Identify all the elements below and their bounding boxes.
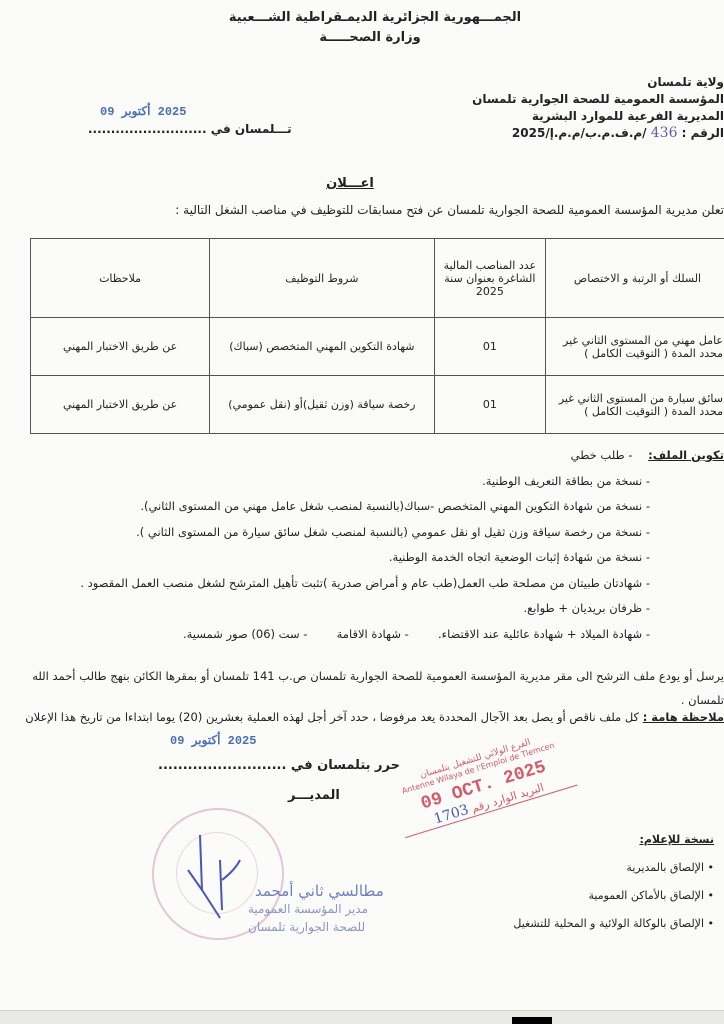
table-header-row: السلك أو الرتبة و الاختصاص عدد المناصب ا… (31, 239, 724, 318)
header-positions: عدد المناصب المالية الشاغرة بعنوان سنة 2… (434, 239, 545, 318)
copies-item: • الإلصاق بالوكالة الولائية و المحلية لل… (474, 910, 714, 938)
announcement-intro: تعلن مديرية المؤسسة العمومية للصحة الجوا… (124, 203, 724, 217)
signatory-name: مطالسي ثاني أمحمد (255, 882, 384, 900)
dossier-item: - نسخة من شهادة التكوين المهني المتخصص -… (84, 494, 724, 520)
made-at-line: حرر بتلمسان في .........................… (158, 758, 400, 773)
dossier-item: - ظرفان بريديان + طوابع. (84, 596, 724, 622)
scan-artifact (512, 1017, 552, 1024)
cell-conditions: شهادة التكوين المهني المتخصص (سباك) (210, 318, 435, 376)
dossier-item: تكوين الملف: - طلب خطي (84, 443, 724, 469)
important-note-text: كل ملف ناقص أو يصل بعد الآجال المحددة يع… (25, 710, 639, 724)
announcement-title: اعـــلان (320, 176, 380, 191)
header-conditions: شروط التوظيف (210, 239, 435, 318)
institution-line: المؤسسة العمومية للصحة الجوارية تلمسان (444, 91, 724, 108)
ref-handwritten-number: 436 (651, 125, 678, 141)
republic-header: الجمـــهورية الجزائرية الديمـقراطية الشـ… (200, 10, 550, 25)
dossier-section: تكوين الملف: - طلب خطي - نسخة من بطاقة ا… (84, 443, 724, 647)
header-notes: ملاحظات (31, 239, 210, 318)
cell-rank: سائق سيارة من المستوى الثاني غير محدد ال… (546, 376, 724, 434)
subdirectorate-line: المديرية الفرعية للموارد البشرية (444, 108, 724, 125)
signatory-title-2: للصحة الجوارية تلمسان (248, 920, 365, 934)
dossier-item: - شهادة الميلاد + شهادة عائلية عند الاقت… (84, 622, 724, 648)
ministry-header: وزارة الصحـــــة (300, 30, 440, 45)
ref-prefix: الرقم : (682, 126, 724, 140)
important-note: ملاحظة هامة : كل ملف ناقص أو يصل بعد الآ… (8, 710, 724, 724)
ref-suffix: /م.ف.م.ب/م.م.إ/2025 (512, 126, 647, 140)
place-date-line: تـــلمسان في .......................... (88, 122, 292, 136)
dossier-item: - شهادتان طبيتان من مصلحة طب العمل(طب عا… (84, 571, 724, 597)
copies-label: نسخة للإعلام: (474, 826, 714, 854)
cell-positions: 01 (434, 376, 545, 434)
cell-rank: عامل مهني من المستوى الثاني غير محدد الم… (546, 318, 724, 376)
cell-conditions: رخصة سياقة (وزن ثقيل)أو (نقل عمومي) (210, 376, 435, 434)
table-row: عامل مهني من المستوى الثاني غير محدد الم… (31, 318, 724, 376)
dossier-item: - نسخة من رخصة سياقة وزن ثقيل او نقل عمو… (84, 520, 724, 546)
header-rank: السلك أو الرتبة و الاختصاص (546, 239, 724, 318)
reference-number: الرقم : 436 /م.ف.م.ب/م.م.إ/2025 (444, 125, 724, 142)
copies-section: نسخة للإعلام: • الإلصاق بالمديرية • الإل… (474, 826, 714, 938)
director-title: المديـــر (288, 788, 340, 803)
positions-table: السلك أو الرتبة و الاختصاص عدد المناصب ا… (30, 238, 724, 434)
handwritten-signature (180, 830, 250, 920)
cell-notes: عن طريق الاختبار المهني (31, 376, 210, 434)
date-stamp-bottom: 2025 أكتوبر 09 (170, 733, 256, 748)
important-note-label: ملاحظة هامة : (643, 710, 724, 724)
dossier-item: - نسخة من شهادة إثبات الوضعية اتجاه الخد… (84, 545, 724, 571)
document-page: الجمـــهورية الجزائرية الديمـقراطية الشـ… (0, 0, 724, 1010)
cell-notes: عن طريق الاختبار المهني (31, 318, 210, 376)
institution-block: ولاية تلمسان المؤسسة العمومية للصحة الجو… (444, 74, 724, 142)
scan-edge (0, 1010, 724, 1024)
table-row: سائق سيارة من المستوى الثاني غير محدد ال… (31, 376, 724, 434)
dossier-label: تكوين الملف: (648, 448, 724, 462)
date-stamp-top: 2025 أكتوبر 09 (100, 104, 186, 119)
copies-item: • الإلصاق بالأماكن العمومية (474, 882, 714, 910)
wilaya-line: ولاية تلمسان (444, 74, 724, 91)
cell-positions: 01 (434, 318, 545, 376)
signatory-title-1: مدير المؤسسة العمومية (248, 902, 368, 916)
submission-instructions: يرسل أو يودع ملف الترشح الى مقر مديرية ا… (14, 664, 724, 712)
dossier-item: - نسخة من بطاقة التعريف الوطنية. (84, 469, 724, 495)
copies-item: • الإلصاق بالمديرية (474, 854, 714, 882)
